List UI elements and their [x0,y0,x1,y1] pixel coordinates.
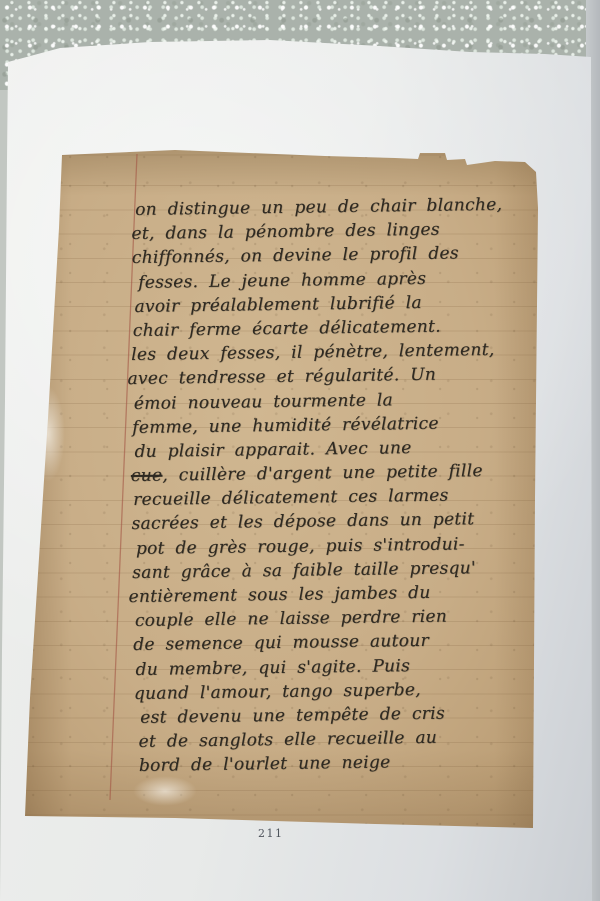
page-number: 211 [258,827,284,840]
paper-worn-spot [133,776,197,806]
photo-canvas: 211 on distingue un peu de chair blanche… [0,0,600,901]
manuscript-text: on distingue un peu de chair blanche,et,… [131,194,551,780]
manuscript-paper: on distingue un peu de chair blanche,et,… [25,148,541,832]
